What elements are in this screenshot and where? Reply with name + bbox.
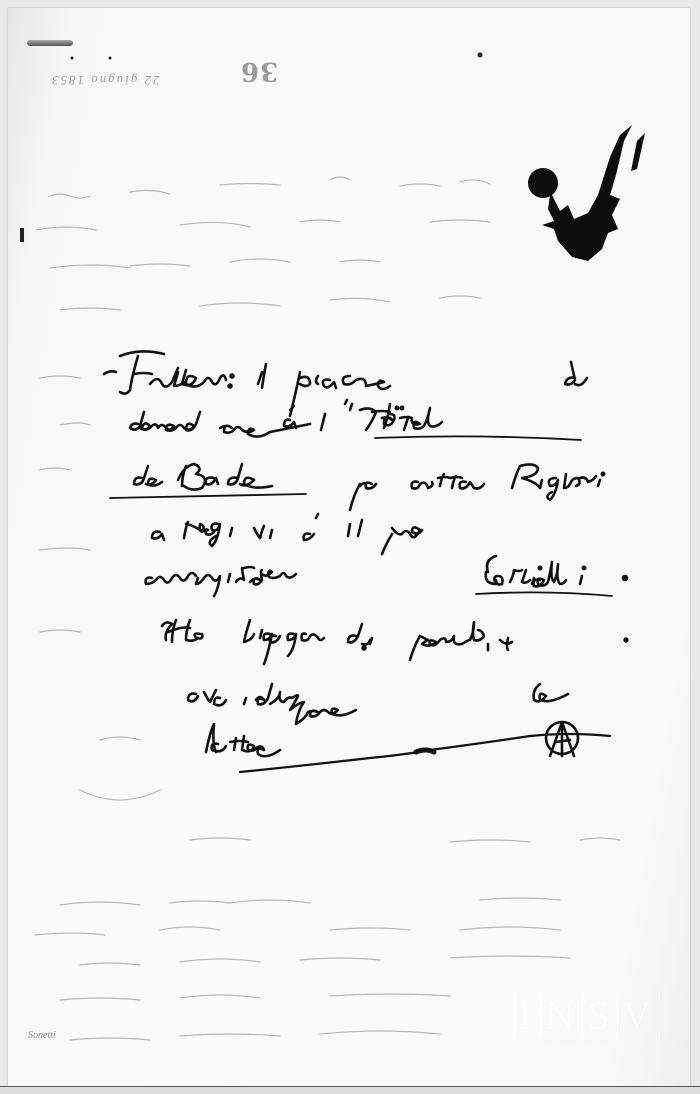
letter-line-8: lettera: [204, 724, 299, 757]
letter-line-4: a Parigi vi è il suo: [152, 512, 405, 545]
letter-line-2: domandare à l' Hôtel: [130, 402, 429, 435]
handwriting-layer: [0, 0, 700, 1094]
stray-ink-marks: [20, 53, 483, 243]
letter-line-5: amministratore Corticelli.: [148, 558, 516, 591]
letter-line-1: Fattemi il piacere di: [104, 350, 390, 383]
watermark-line2: fondazione: [512, 1047, 662, 1056]
ink-blot: [528, 125, 645, 261]
watermark-line1: Istituto Nazionale di Studi Verdiani: [512, 1038, 662, 1047]
letter-line-3: de Bade se costà Rigtoni: [134, 460, 485, 493]
insv-watermark: INSV Istituto Nazionale di Studi Verdian…: [512, 994, 662, 1056]
bleedthrough-text: [35, 177, 620, 1040]
bottom-left-note: Sonetti: [28, 1030, 56, 1041]
watermark-letters: INSV: [512, 994, 662, 1038]
letter-line-7: ove indirizzare la: [188, 678, 433, 711]
letter-line-6: Ho bisogno di scriverli: [160, 614, 482, 647]
